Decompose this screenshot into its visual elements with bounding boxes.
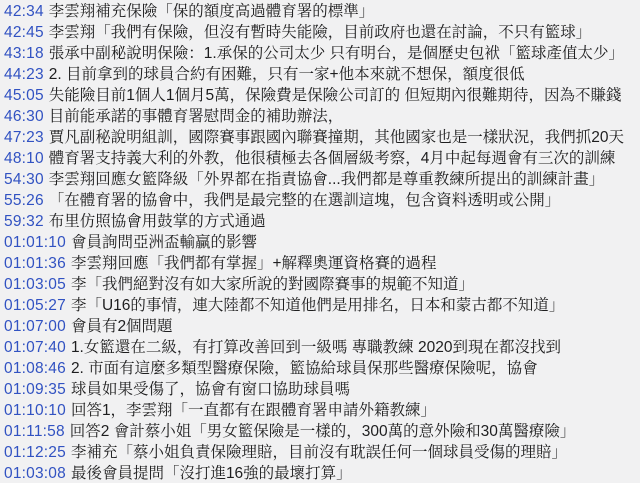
note-line: 46:30目前能承諾的事體育署慰問金的補助辦法， bbox=[4, 106, 638, 127]
note-line: 01:03:08最後會員提問「沒打進16強的最壞打算」 bbox=[4, 463, 638, 483]
timestamp-link[interactable]: 01:01:10 bbox=[4, 234, 66, 251]
note-text: 2. 目前拿到的球員合約有困難，只有一家+他本來就不想保，額度很低 bbox=[49, 66, 525, 83]
timestamp-link[interactable]: 45:05 bbox=[4, 87, 44, 104]
note-line: 55:26「在體育署的協會中，我們是最完整的在選訓這塊，包含資料透明或公開」 bbox=[4, 190, 638, 211]
note-text: 球員如果受傷了，協會有窗口協助球員嗎 bbox=[71, 381, 350, 398]
note-line: 47:23賈凡副秘說明組訓，國際賽事跟國內聯賽撞期，其他國家也是一樣狀況，我們抓… bbox=[4, 127, 638, 148]
note-line: 01:01:36李雲翔回應「我們都有掌握」+解釋奧運資格賽的過程 bbox=[4, 253, 638, 274]
timestamp-link[interactable]: 44:23 bbox=[4, 66, 44, 83]
timestamp-link[interactable]: 01:07:40 bbox=[4, 339, 66, 356]
timestamp-link[interactable]: 42:34 bbox=[4, 3, 44, 20]
note-text: 最後會員提問「沒打進16強的最壞打算」 bbox=[71, 465, 352, 482]
timestamp-link[interactable]: 01:01:36 bbox=[4, 255, 66, 272]
note-text: 李「U16的事情，連大陸都不知道他們是用排名，日本和蒙古都不知道」 bbox=[71, 297, 564, 314]
timestamp-link[interactable]: 01:08:46 bbox=[4, 360, 66, 377]
timestamp-link[interactable]: 01:11:58 bbox=[4, 423, 65, 440]
timestamp-link[interactable]: 46:30 bbox=[4, 108, 44, 125]
note-line: 01:10:10回答1，李雲翔「一直都有在跟體育署申請外籍教練」 bbox=[4, 400, 638, 421]
note-line: 01:07:00會員有2個問題 bbox=[4, 316, 638, 337]
note-text: 目前能承諾的事體育署慰問金的補助辦法， bbox=[49, 108, 344, 125]
note-line: 01:07:401.女籃還在二級，有打算改善回到一級嗎 專職教練 2020到現在… bbox=[4, 337, 638, 358]
note-text: 「在體育署的協會中，我們是最完整的在選訓這塊，包含資料透明或公開」 bbox=[49, 192, 561, 209]
note-text: 李「我們絕對沒有如大家所說的對國際賽事的規範不知道」 bbox=[71, 276, 474, 293]
note-line: 59:32布里仿照協會用鼓掌的方式通過 bbox=[4, 211, 638, 232]
timestamp-link[interactable]: 59:32 bbox=[4, 213, 44, 230]
note-text: 張承中副秘說明保險：1.承保的公司太少 只有明台，是個歷史包袱「籃球產值太少」 bbox=[49, 45, 624, 62]
note-line: 42:45李雲翔「我們有保險，但沒有暫時失能險，目前政府也還在討論，不只有籃球」 bbox=[4, 22, 638, 43]
note-line: 43:18張承中副秘說明保險：1.承保的公司太少 只有明台，是個歷史包袱「籃球產… bbox=[4, 43, 638, 64]
timestamped-notes-list: 42:34李雲翔補充保險「保的額度高過體育署的標準」 42:45李雲翔「我們有保… bbox=[0, 0, 640, 483]
note-line: 45:05失能險目前1個人1個月5萬，保險費是保險公司訂的 但短期內很難期待，因… bbox=[4, 85, 638, 106]
note-line: 01:03:05李「我們絕對沒有如大家所說的對國際賽事的規範不知道」 bbox=[4, 274, 638, 295]
note-text: 1.女籃還在二級，有打算改善回到一級嗎 專職教練 2020到現在都沒找到 bbox=[71, 339, 561, 356]
note-line: 44:232. 目前拿到的球員合約有困難，只有一家+他本來就不想保，額度很低 bbox=[4, 64, 638, 85]
timestamp-link[interactable]: 42:45 bbox=[4, 24, 44, 41]
timestamp-link[interactable]: 01:07:00 bbox=[4, 318, 66, 335]
note-text: 回答1，李雲翔「一直都有在跟體育署申請外籍教練」 bbox=[71, 402, 436, 419]
note-line: 01:09:35球員如果受傷了，協會有窗口協助球員嗎 bbox=[4, 379, 638, 400]
note-text: 李雲翔「我們有保險，但沒有暫時失能險，目前政府也還在討論，不只有籃球」 bbox=[49, 24, 592, 41]
timestamp-link[interactable]: 48:10 bbox=[4, 150, 44, 167]
note-text: 李雲翔補充保險「保的額度高過體育署的標準」 bbox=[49, 3, 375, 20]
note-text: 會員詢問亞洲盃輸贏的影響 bbox=[71, 234, 257, 251]
timestamp-link[interactable]: 01:03:08 bbox=[4, 465, 66, 482]
timestamp-link[interactable]: 47:23 bbox=[4, 129, 44, 146]
note-text: 2. 市面有這麼多類型醫療保險，籃協給球員保那些醫療保險呢，協會 bbox=[71, 360, 538, 377]
note-text: 李補充「蔡小姐負責保險理賠，目前沒有耽誤任何一個球員受傷的理賠」 bbox=[71, 444, 567, 461]
note-text: 回答2 會計蔡小姐「男女籃保險是一樣的，300萬的意外險和30萬醫療險」 bbox=[70, 423, 576, 440]
timestamp-link[interactable]: 55:26 bbox=[4, 192, 44, 209]
note-text: 李雲翔回應女籃降級「外界都在指責協會...我們都是尊重教練所提出的訓練計畫」 bbox=[49, 171, 604, 188]
note-text: 會員有2個問題 bbox=[71, 318, 173, 335]
timestamp-link[interactable]: 43:18 bbox=[4, 45, 44, 62]
note-text: 失能險目前1個人1個月5萬，保險費是保險公司訂的 但短期內很難期待，因為不賺錢 bbox=[49, 87, 622, 104]
note-text: 賈凡副秘說明組訓，國際賽事跟國內聯賽撞期，其他國家也是一樣狀況，我們抓20天 bbox=[49, 129, 624, 146]
note-line: 48:10體育署支持義大利的外教，他很積極去各個層級考察，4月中起每週會有三次的… bbox=[4, 148, 638, 169]
note-text: 布里仿照協會用鼓掌的方式通過 bbox=[49, 213, 266, 230]
note-text: 體育署支持義大利的外教，他很積極去各個層級考察，4月中起每週會有三次的訓練 bbox=[49, 150, 616, 167]
timestamp-link[interactable]: 01:10:10 bbox=[4, 402, 66, 419]
note-line: 01:08:462. 市面有這麼多類型醫療保險，籃協給球員保那些醫療保險呢，協會 bbox=[4, 358, 638, 379]
timestamp-link[interactable]: 01:12:25 bbox=[4, 444, 66, 461]
note-text: 李雲翔回應「我們都有掌握」+解釋奧運資格賽的過程 bbox=[71, 255, 437, 272]
note-line: 01:05:27李「U16的事情，連大陸都不知道他們是用排名，日本和蒙古都不知道… bbox=[4, 295, 638, 316]
note-line: 01:11:58回答2 會計蔡小姐「男女籃保險是一樣的，300萬的意外險和30萬… bbox=[4, 421, 638, 442]
note-line: 42:34李雲翔補充保險「保的額度高過體育署的標準」 bbox=[4, 1, 638, 22]
timestamp-link[interactable]: 54:30 bbox=[4, 171, 44, 188]
timestamp-link[interactable]: 01:09:35 bbox=[4, 381, 66, 398]
note-line: 54:30李雲翔回應女籃降級「外界都在指責協會...我們都是尊重教練所提出的訓練… bbox=[4, 169, 638, 190]
timestamp-link[interactable]: 01:05:27 bbox=[4, 297, 66, 314]
timestamp-link[interactable]: 01:03:05 bbox=[4, 276, 66, 293]
note-line: 01:01:10會員詢問亞洲盃輸贏的影響 bbox=[4, 232, 638, 253]
note-line: 01:12:25李補充「蔡小姐負責保險理賠，目前沒有耽誤任何一個球員受傷的理賠」 bbox=[4, 442, 638, 463]
